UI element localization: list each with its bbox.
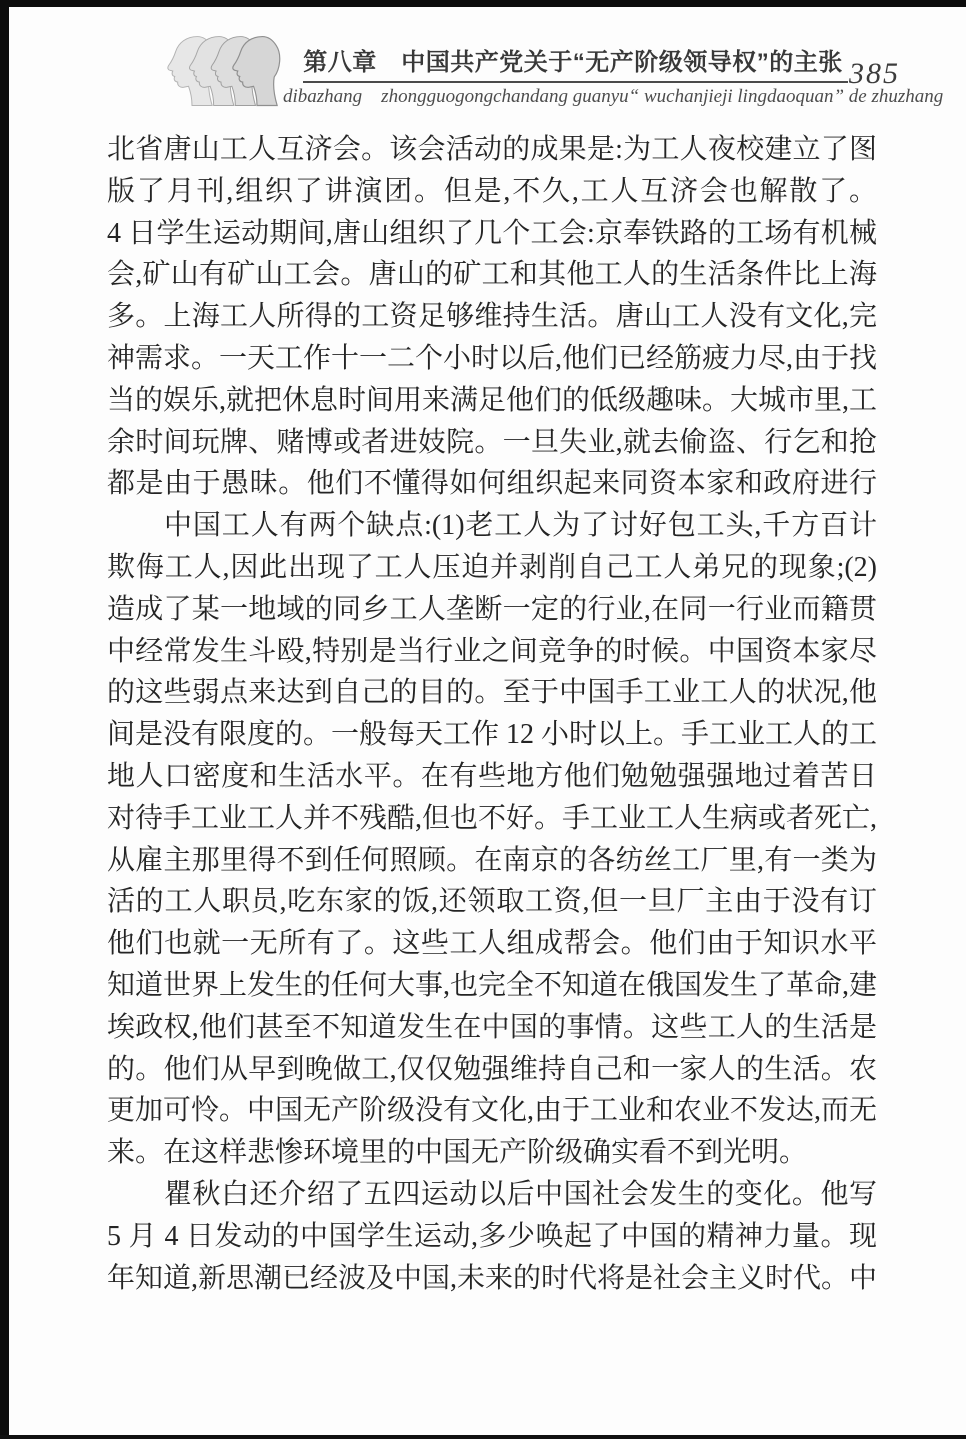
text-line: 埃政权,他们甚至不知道发生在中国的事情。这些工人的生活是暗无天日 xyxy=(107,1007,877,1049)
text-line: 从雇主那里得不到任何照顾。在南京的各纺丝工厂里,有一类为小资本家干 xyxy=(107,840,877,882)
text-line: 知道世界上发生的任何大事,也完全不知道在俄国发生了革命,建立了苏维 xyxy=(107,965,877,1007)
text-line: 来。在这样悲惨环境里的中国无产阶级确实看不到光明。 xyxy=(107,1132,877,1174)
text-line: 活的工人职员,吃东家的饭,还领取工资,但一旦厂主由于没有订货而停产, xyxy=(107,881,877,923)
body-text: 北省唐山工人互济会。该会活动的成果是:为工人夜校建立了图书室,出 版了月刊,组织… xyxy=(107,129,877,1299)
text-line: 版了月刊,组织了讲演团。但是,不久,工人互济会也解散了。1919 年 5 月 xyxy=(107,171,877,213)
text-line: 多。上海工人所得的工资足够维持生活。唐山工人没有文化,完全没有精 xyxy=(107,296,877,338)
text-line: 中经常发生斗殴,特别是当行业之间竞争的时候。中国资本家尽量利用工人 xyxy=(107,631,877,673)
text-line: 地人口密度和生活水平。在有些地方他们勉勉强强地过着苦日子。雇主们 xyxy=(107,756,877,798)
text-line: 对待手工业工人并不残酷,但也不好。手工业工人生病或者死亡,他的家属 xyxy=(107,798,877,840)
text-line: 瞿秋白还介绍了五四运动以后中国社会发生的变化。他写道:1919 年 xyxy=(107,1174,877,1216)
paragraph-3: 瞿秋白还介绍了五四运动以后中国社会发生的变化。他写道:1919 年 5 月 4 … xyxy=(107,1174,877,1299)
chapter-pinyin: dibazhang zhongguogongchandang guanyu“ w… xyxy=(283,86,863,109)
chapter-title: 第八章 中国共产党关于“无产阶级领导权”的主张 xyxy=(293,48,853,78)
text-line: 欺侮工人,因此出现了工人压迫并剥削自己工人弟兄的现象;(2)同乡会制度 xyxy=(107,547,877,589)
scan-edge-top xyxy=(0,0,966,7)
paragraph-2: 中国工人有两个缺点:(1)老工人为了讨好包工头,千方百计剥削工人, 欺侮工人,因… xyxy=(107,505,877,1174)
text-line: 5 月 4 日发动的中国学生运动,多少唤起了中国的精神力量。现代中国青 xyxy=(107,1216,877,1258)
text-line: 的。他们从早到晚做工,仅仅勉强维持自己和一家人的生活。农民的状况就 xyxy=(107,1049,877,1091)
text-line: 当的娱乐,就把休息时间用来满足他们的低级趣味。大城市里,工人在业 xyxy=(107,380,877,422)
text-line: 会,矿山有矿山工会。唐山的矿工和其他工人的生活条件比上海的坏得 xyxy=(107,254,877,296)
scan-edge-bottom xyxy=(0,1435,966,1439)
text-line: 北省唐山工人互济会。该会活动的成果是:为工人夜校建立了图书室,出 xyxy=(107,129,877,171)
text-line: 他们也就一无所有了。这些工人组成帮会。他们由于知识水平极低,不仅不 xyxy=(107,923,877,965)
text-line: 都是由于愚昧。他们不懂得如何组织起来同资本家和政府进行斗争。 xyxy=(107,463,877,505)
text-line: 更加可怜。中国无产阶级没有文化,由于工业和农业不发达,而无法组织起 xyxy=(107,1090,877,1132)
text-line: 中国工人有两个缺点:(1)老工人为了讨好包工头,千方百计剥削工人, xyxy=(107,505,877,547)
mao-portraits-image xyxy=(160,33,288,113)
text-line: 4 日学生运动期间,唐山组织了几个工会:京奉铁路的工场有机械工人工 xyxy=(107,213,877,255)
text-line: 余时间玩牌、赌博或者进妓院。一旦失业,就去偷盗、行乞和抢劫。这一切 xyxy=(107,422,877,464)
text-line: 神需求。一天工作十一二个小时以后,他们已经筋疲力尽,由于找不到正 xyxy=(107,338,877,380)
text-line: 间是没有限度的。一般每天工作 12 小时以上。手工业工人的工资取决于当 xyxy=(107,714,877,756)
scan-edge-left xyxy=(0,0,9,1439)
text-line: 造成了某一地域的同乡工人垄断一定的行业,在同一行业而籍贯不同的工人 xyxy=(107,589,877,631)
text-line: 年知道,新思潮已经波及中国,未来的时代将是社会主义时代。中国青年 xyxy=(107,1258,877,1300)
text-line: 的这些弱点来达到自己的目的。至于中国手工业工人的状况,他们的工作时 xyxy=(107,672,877,714)
paragraph-1: 北省唐山工人互济会。该会活动的成果是:为工人夜校建立了图书室,出 版了月刊,组织… xyxy=(107,129,877,505)
page-number: 385 xyxy=(849,57,900,91)
header-rule xyxy=(303,81,848,83)
